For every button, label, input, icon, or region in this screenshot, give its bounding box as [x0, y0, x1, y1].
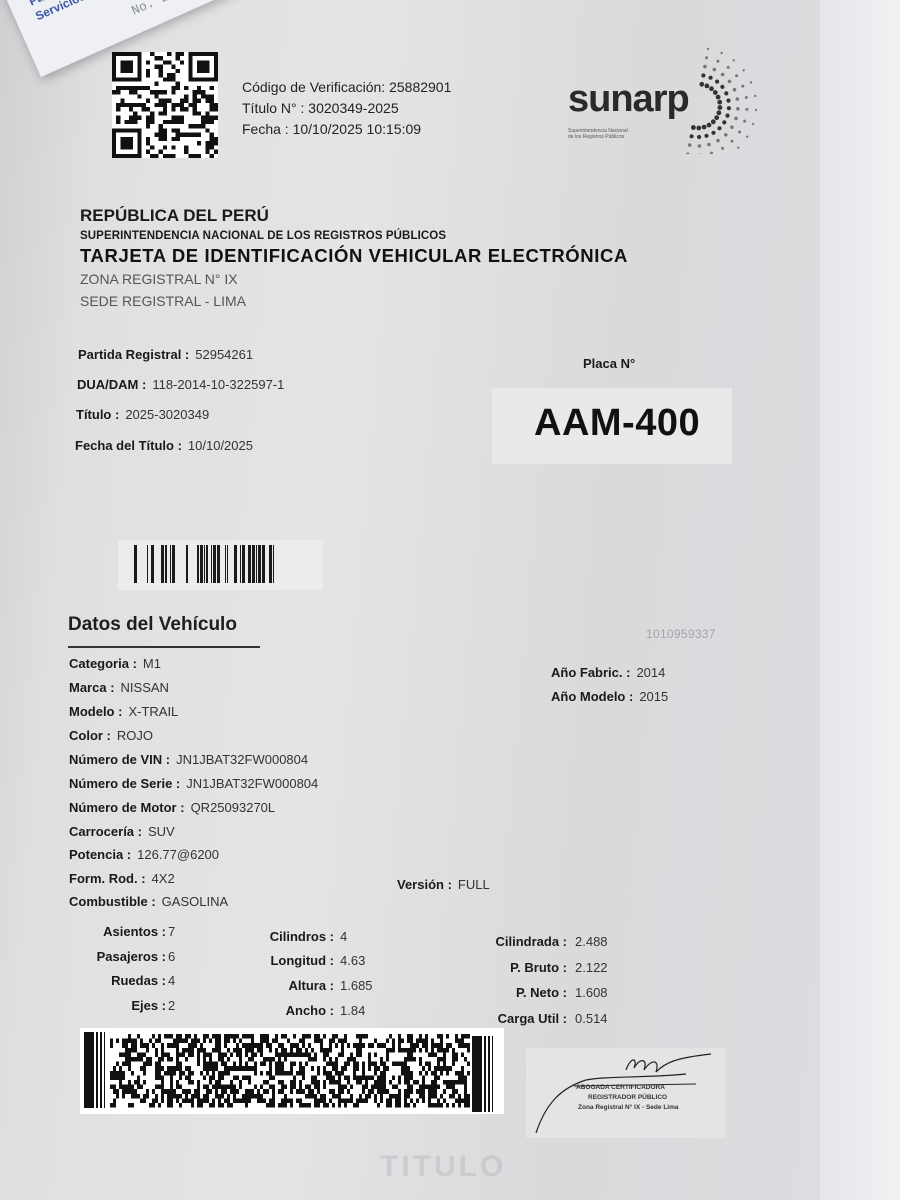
- logo-subtitle: Superintendencia Nacional de los Registr…: [568, 128, 668, 140]
- spec-label: Asientos :: [103, 924, 166, 939]
- field-label: Número de VIN :: [69, 752, 170, 767]
- spec-label: P. Neto :: [516, 985, 567, 1000]
- field-label: DUA/DAM :: [77, 377, 146, 392]
- signature-block: ABOGADA CERTIFICADORA REGISTRADOR PÚBLIC…: [526, 1048, 726, 1138]
- field-label: Carrocería :: [69, 824, 142, 839]
- signer-office: Zona Registral N° IX - Sede Lima: [578, 1104, 678, 1111]
- field-value: GASOLINA: [162, 894, 228, 909]
- country-title: REPÚBLICA DEL PERÚ: [80, 206, 628, 226]
- spec-label: Carga Util :: [498, 1011, 567, 1026]
- spec-value: 1.608: [575, 985, 608, 1000]
- year-fabric: Año Fabric. :2014: [551, 665, 665, 680]
- pdf417-barcode: [80, 1028, 504, 1114]
- control-number: 1010959337: [646, 627, 716, 641]
- logo-subtitle-line: de los Registros Públicos: [568, 134, 668, 140]
- vehicle-field: Color :ROJO: [69, 728, 153, 743]
- title-number-label: Título N° :: [242, 100, 304, 116]
- field-value: JN1JBAT32FW000804: [186, 776, 318, 791]
- field-value: 10/10/2025: [188, 438, 253, 453]
- spec-value: 4: [340, 929, 347, 944]
- plate-label: Placa N°: [583, 356, 635, 371]
- spec-value: 7: [168, 924, 175, 939]
- field-label: Año Modelo :: [551, 689, 633, 704]
- field-value: NISSAN: [121, 680, 169, 695]
- document-titles: REPÚBLICA DEL PERÚ SUPERINTENDENCIA NACI…: [80, 206, 628, 309]
- vehicle-field: Form. Rod. :4X2: [69, 871, 175, 886]
- field-label: Categoria :: [69, 656, 137, 671]
- spec-value: 1.685: [340, 978, 373, 993]
- office-title: SEDE REGISTRAL - LIMA: [80, 293, 628, 309]
- signature-icon: [526, 1048, 726, 1138]
- agency-title: SUPERINTENDENCIA NACIONAL DE LOS REGISTR…: [80, 230, 628, 242]
- field-label: Título :: [76, 407, 119, 422]
- spec-label: Pasajeros :: [97, 949, 166, 964]
- spec-label: P. Bruto :: [510, 960, 567, 975]
- field-label: Color :: [69, 728, 111, 743]
- fecha-titulo: Fecha del Título :10/10/2025: [75, 438, 253, 453]
- field-value: 52954261: [195, 347, 253, 362]
- field-label: Número de Serie :: [69, 776, 180, 791]
- qr-code: [112, 52, 218, 158]
- field-value: M1: [143, 656, 161, 671]
- field-label: Fecha del Título :: [75, 438, 182, 453]
- titulo: Título :2025-3020349: [76, 407, 209, 422]
- vehicle-field: Combustible :GASOLINA: [69, 894, 228, 909]
- vehicle-field: Número de VIN :JN1JBAT32FW000804: [69, 752, 308, 767]
- field-value: 118-2014-10-322597-1: [152, 377, 284, 392]
- field-label: Partida Registral :: [78, 347, 189, 362]
- year-model: Año Modelo :2015: [551, 689, 668, 704]
- spec-label: Longitud :: [270, 953, 334, 968]
- document-sheet: [0, 0, 830, 1200]
- field-value: 4X2: [152, 871, 175, 886]
- field-label: Modelo :: [69, 704, 122, 719]
- field-value: ROJO: [117, 728, 153, 743]
- spec-label: Ejes :: [131, 998, 166, 1013]
- vehicle-field: Categoria :M1: [69, 656, 161, 671]
- field-label: Versión :: [397, 877, 452, 892]
- spec-value: 2: [168, 998, 175, 1013]
- field-value: 126.77@6200: [137, 847, 219, 862]
- background-sheet: [820, 0, 900, 1200]
- field-label: Número de Motor :: [69, 800, 185, 815]
- field-label: Año Fabric. :: [551, 665, 630, 680]
- field-label: Combustible :: [69, 894, 156, 909]
- plate-number: AAM-400: [534, 402, 700, 445]
- vehicle-field: Modelo :X-TRAIL: [69, 704, 178, 719]
- receipt-text: Servicios BCP: [33, 0, 114, 23]
- vehicle-field: Potencia :126.77@6200: [69, 847, 219, 862]
- spec-value: 2.122: [575, 960, 608, 975]
- signer-name: ABOGADA CERTIFICADORA: [576, 1084, 665, 1091]
- field-label: Form. Rod. :: [69, 871, 146, 886]
- barcode: [118, 540, 323, 590]
- spec-label: Cilindros :: [270, 929, 334, 944]
- field-value: JN1JBAT32FW000804: [176, 752, 308, 767]
- signer-role: REGISTRADOR PÚBLICO: [588, 1094, 667, 1101]
- verification-code: 25882901: [389, 79, 451, 95]
- bleed-through-text: TITULO: [380, 1150, 506, 1184]
- zone-title: ZONA REGISTRAL N° IX: [80, 271, 628, 287]
- verification-block: Código de Verificación: 25882901 Título …: [242, 77, 451, 140]
- partida-registral: Partida Registral :52954261: [78, 347, 253, 362]
- field-value: X-TRAIL: [128, 704, 178, 719]
- section-divider: [68, 646, 260, 648]
- spec-label: Altura :: [289, 978, 335, 993]
- spec-label: Cilindrada :: [495, 934, 567, 949]
- issue-date: 10/10/2025 10:15:09: [293, 121, 421, 137]
- field-value: SUV: [148, 824, 175, 839]
- vehicle-section-title: Datos del Vehículo: [68, 614, 237, 636]
- document-title: TARJETA DE IDENTIFICACIÓN VEHICULAR ELEC…: [80, 245, 628, 267]
- spec-value: 1.84: [340, 1003, 365, 1018]
- dua-dam: DUA/DAM :118-2014-10-322597-1: [77, 377, 284, 392]
- field-label: Marca :: [69, 680, 115, 695]
- field-value: 2015: [639, 689, 668, 704]
- issue-date-label: Fecha :: [242, 121, 289, 137]
- field-value: 2025-3020349: [125, 407, 209, 422]
- title-number: 3020349-2025: [308, 100, 398, 116]
- logo-wordmark: sunarp: [568, 78, 689, 121]
- vehicle-field: Número de Serie :JN1JBAT32FW000804: [69, 776, 318, 791]
- field-value: QR25093270L: [191, 800, 276, 815]
- vehicle-field: Carrocería :SUV: [69, 824, 175, 839]
- version: Versión :FULL: [397, 877, 490, 892]
- field-value: FULL: [458, 877, 490, 892]
- vehicle-field: Marca :NISSAN: [69, 680, 169, 695]
- spec-value: 0.514: [575, 1011, 608, 1026]
- spec-label: Ancho :: [286, 1003, 334, 1018]
- vehicle-field: Número de Motor :QR25093270L: [69, 800, 275, 815]
- spec-value: 6: [168, 949, 175, 964]
- field-value: 2014: [636, 665, 665, 680]
- verification-code-label: Código de Verificación:: [242, 79, 385, 95]
- spec-value: 2.488: [575, 934, 608, 949]
- spec-value: 4.63: [340, 953, 365, 968]
- spec-label: Ruedas :: [111, 973, 166, 988]
- field-label: Potencia :: [69, 847, 131, 862]
- sunarp-logo: sunarp Superintendencia Nacional de los …: [568, 48, 768, 148]
- spec-value: 4: [168, 973, 175, 988]
